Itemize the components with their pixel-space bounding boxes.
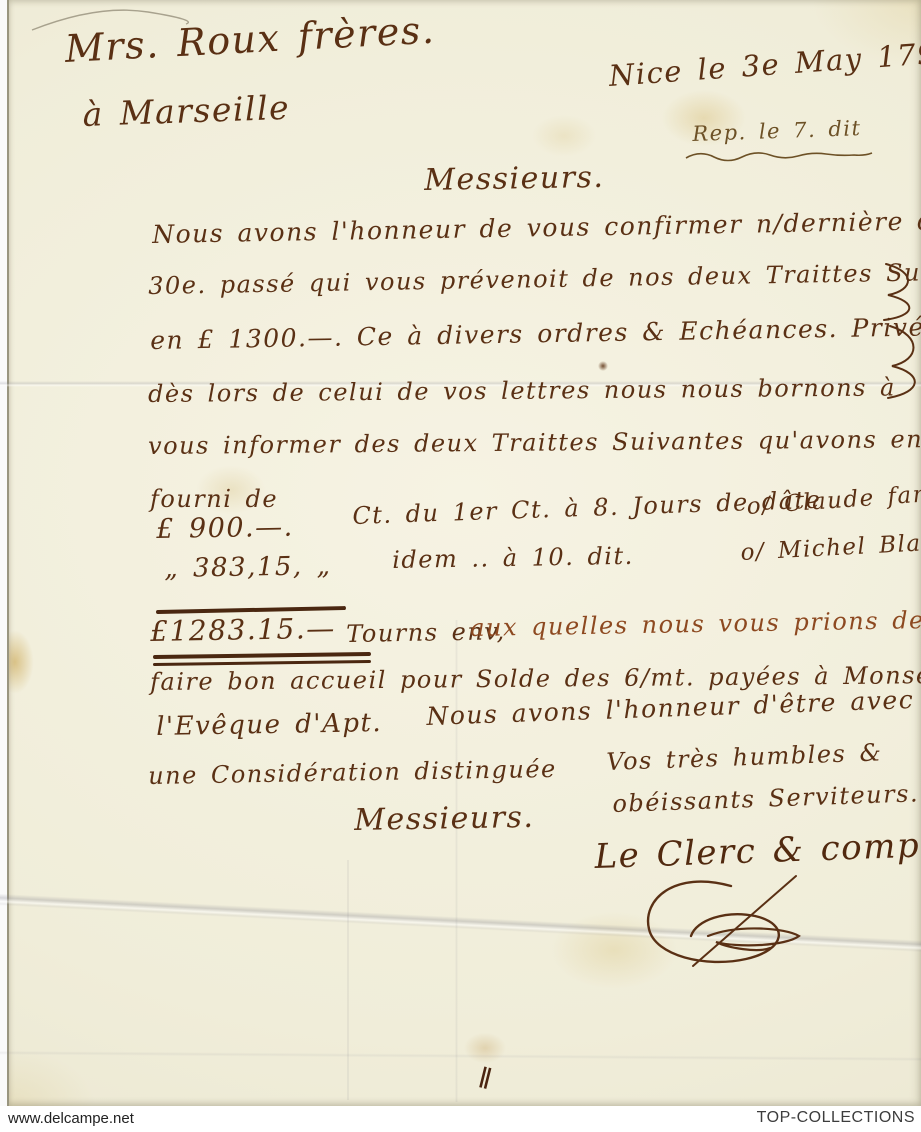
amount-row-2-terms: idem .. à 10. dit.	[392, 544, 634, 572]
amount-total-note-2: aux quelles nous vous prions de	[470, 608, 921, 640]
margin-flourish-1	[878, 260, 920, 322]
closing-salutation: Messieurs.	[354, 803, 535, 836]
body-line-6: fourni de	[150, 487, 278, 511]
delcampe-watermark: www.delcampe.net	[8, 1110, 134, 1127]
addressee-line-2: à Marseille	[82, 91, 291, 131]
body-line-9: une Considération distinguée	[148, 757, 557, 788]
letter-scan: Mrs. Roux frères. à Marseille Nice le 3e…	[0, 0, 921, 1132]
signature-paraph-flourish	[636, 874, 821, 969]
body-line-4: dès lors de celui de vos lettres nous no…	[148, 375, 896, 406]
amount-row-2-value: „ 383,15, „	[164, 553, 332, 582]
amount-total: £1283.15.—	[150, 615, 336, 646]
body-line-5: vous informer des deux Traittes Suivante…	[148, 427, 921, 458]
fold-crease-vertical-2	[347, 860, 349, 1100]
body-line-8: l'Evêque d'Apt.	[156, 710, 382, 740]
seller-watermark: TOP-COLLECTIONS	[757, 1109, 915, 1127]
salutation: Messieurs.	[424, 163, 605, 196]
amount-row-1-value: £ 900.—.	[156, 514, 294, 543]
received-annotation: Rep. le 7. dit	[692, 118, 862, 145]
margin-flourish-2	[880, 322, 921, 400]
annotation-underline	[684, 150, 874, 164]
watermark-bar: www.delcampe.net TOP-COLLECTIONS	[0, 1106, 921, 1132]
signature: Le Clerc & comp	[594, 829, 921, 874]
